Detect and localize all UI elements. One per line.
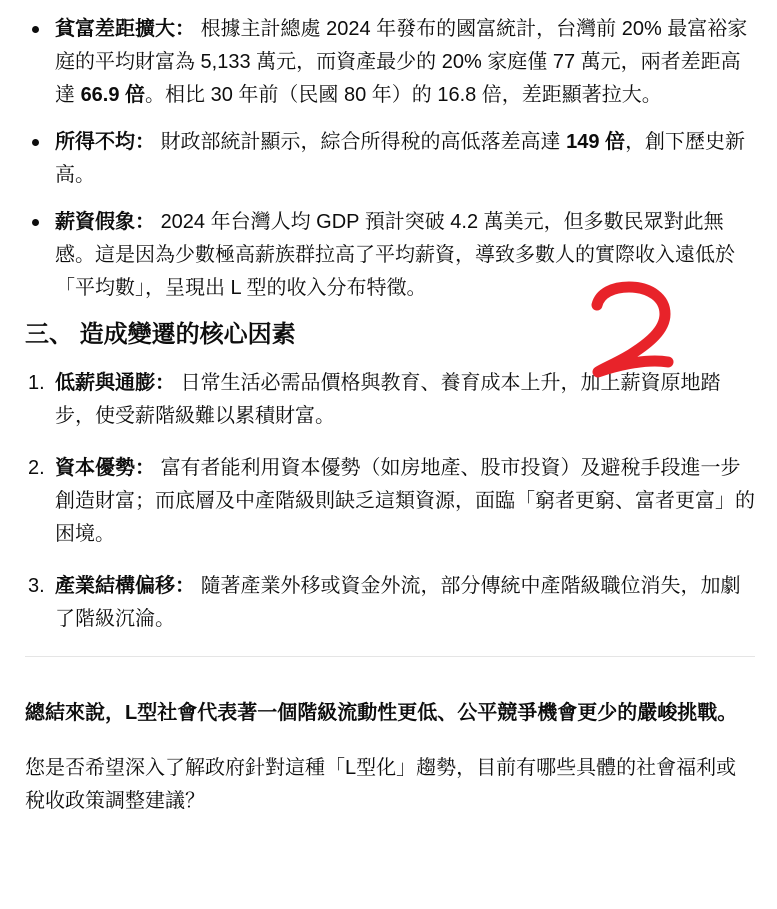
- bullet-label: 薪資假象：: [55, 211, 161, 233]
- document-body: 貧富差距擴大： 根據主計總處 2024 年發布的國富統計，台灣前 20% 最富裕…: [0, 0, 777, 818]
- bullet-item-salary-illusion: 薪資假象： 2024 年台灣人均 GDP 預計突破 4.2 萬美元，但多數民眾對…: [25, 206, 755, 305]
- bullet-text: 。相比 30 年前（民國 80 年）的 16.8 倍，差距顯著拉大。: [145, 84, 662, 106]
- bullet-bold-value: 149 倍: [566, 131, 625, 153]
- bullet-marker-icon: [32, 139, 39, 146]
- list-number: 3.: [28, 570, 45, 603]
- bullet-text: 財政部統計顯示，綜合所得稅的高低落差高達: [161, 131, 567, 153]
- numbered-label: 低薪與通膨：: [55, 372, 181, 394]
- bullet-label: 所得不均：: [55, 131, 161, 153]
- followup-question: 您是否希望深入了解政府針對這種「L型化」趨勢，目前有哪些具體的社會福利或稅收政策…: [25, 752, 755, 818]
- bullet-marker-icon: [32, 219, 39, 226]
- bullet-item-wealth-gap: 貧富差距擴大： 根據主計總處 2024 年發布的國富統計，台灣前 20% 最富裕…: [25, 13, 755, 112]
- numbered-label: 產業結構偏移：: [55, 575, 201, 597]
- bullet-list: 貧富差距擴大： 根據主計總處 2024 年發布的國富統計，台灣前 20% 最富裕…: [25, 13, 755, 305]
- bullet-label: 貧富差距擴大：: [55, 18, 201, 40]
- conclusion-summary: 總結來說，L型社會代表著一個階級流動性更低、公平競爭機會更少的嚴峻挑戰。: [25, 697, 755, 730]
- numbered-item-capital-advantage: 2.資本優勢： 富有者能利用資本優勢（如房地產、股市投資）及避稅手段進一步創造財…: [25, 452, 755, 551]
- bullet-item-income-inequality: 所得不均： 財政部統計顯示，綜合所得稅的高低落差高達 149 倍，創下歷史新高。: [25, 126, 755, 192]
- section-divider: [25, 656, 755, 657]
- bullet-bold-value: 66.9 倍: [81, 84, 145, 106]
- list-number: 2.: [28, 452, 45, 485]
- bullet-marker-icon: [32, 26, 39, 33]
- list-number: 1.: [28, 367, 45, 400]
- numbered-item-low-wage-inflation: 1.低薪與通膨： 日常生活必需品價格與教育、養育成本上升，加上薪資原地踏步，使受…: [25, 367, 755, 433]
- section-heading: 三、 造成變遷的核心因素: [25, 319, 755, 351]
- numbered-label: 資本優勢：: [55, 457, 161, 479]
- numbered-item-industry-shift: 3.產業結構偏移： 隨著產業外移或資金外流，部分傳統中產階級職位消失，加劇了階級…: [25, 570, 755, 636]
- numbered-text: 富有者能利用資本優勢（如房地產、股市投資）及避稅手段進一步創造財富；而底層及中產…: [55, 457, 755, 545]
- numbered-list: 1.低薪與通膨： 日常生活必需品價格與教育、養育成本上升，加上薪資原地踏步，使受…: [25, 367, 755, 636]
